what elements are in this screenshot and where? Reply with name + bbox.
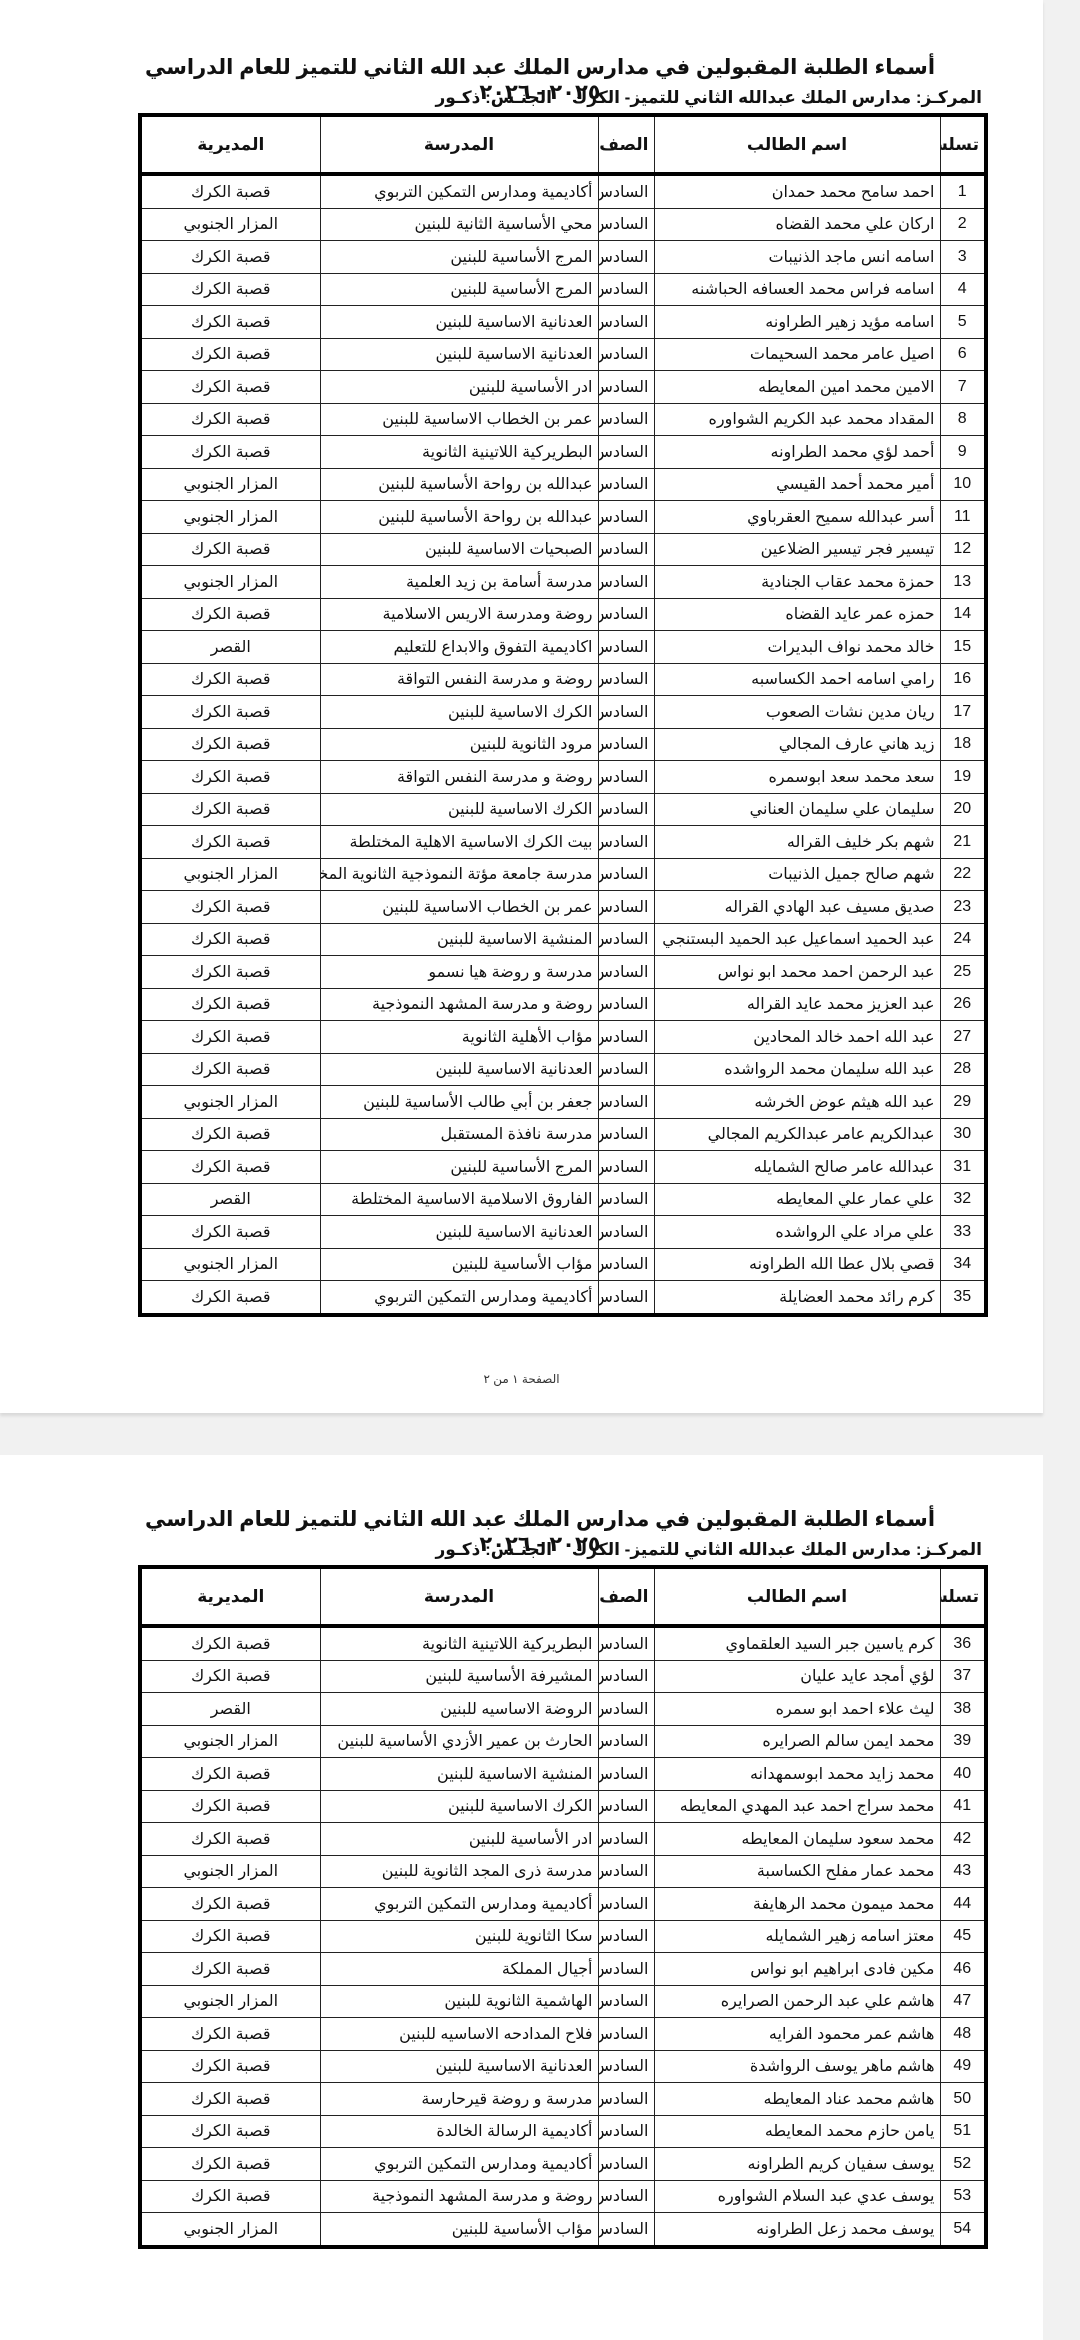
row-directorate: قصبة الكرك [140, 1281, 320, 1315]
row-grade: السادس [598, 566, 654, 599]
table-row: 20سليمان علي سليمان العنانيالسادسالكرك ا… [140, 793, 986, 826]
row-grade: السادس [598, 2083, 654, 2116]
row-grade: السادس [598, 1790, 654, 1823]
table-row: 13حمزة محمد عقاب الجناديةالسادسمدرسة أسا… [140, 566, 986, 599]
col-header-directorate: المديرية [140, 115, 320, 174]
row-seq: 32 [940, 1183, 986, 1216]
row-directorate: المزار الجنوبي [140, 566, 320, 599]
table-row: 16رامي اسامه احمد الكساسبهالسادسروضة و م… [140, 663, 986, 696]
table-row: 41محمد سراج احمد عبد المهدي المعايطهالسا… [140, 1790, 986, 1823]
row-student-name: حمزة محمد عقاب الجنادية [654, 566, 940, 599]
row-grade: السادس [598, 1151, 654, 1184]
row-directorate: المزار الجنوبي [140, 1725, 320, 1758]
row-school: أكاديمية ومدارس التمكين التربوي [320, 174, 598, 208]
row-directorate: قصبة الكرك [140, 273, 320, 306]
row-grade: السادس [598, 663, 654, 696]
row-school: بيت الكرك الاساسية الاهلية المختلطة [320, 826, 598, 859]
row-student-name: هاشم علي عبد الرحمن الصرايره [654, 1985, 940, 2018]
row-student-name: علي مراد علي الرواشده [654, 1216, 940, 1249]
table-row: 17ريان مدين نشات الصعوبالسادسالكرك الاسا… [140, 696, 986, 729]
row-school: أكاديمية ومدارس التمكين التربوي [320, 1888, 598, 1921]
table-row: 23صديق مسيف عبد الهادي القرالهالسادسعمر … [140, 891, 986, 924]
row-student-name: كرم ياسين جبر السيد العلقماوي [654, 1626, 940, 1660]
row-directorate: قصبة الكرك [140, 1021, 320, 1054]
students-table-page-1: تسلسل اسم الطالب الصف المدرسة المديرية 1… [138, 113, 988, 1317]
table-body-page-1: 1احمد سامح محمد حمدانالسادسأكاديمية ومدا… [140, 174, 986, 1315]
row-student-name: يوسف سفيان كريم الطراونه [654, 2148, 940, 2181]
row-student-name: رامي اسامه احمد الكساسبه [654, 663, 940, 696]
row-school: الكرك الاساسية للبنين [320, 1790, 598, 1823]
row-grade: السادس [598, 2148, 654, 2181]
row-student-name: محمد سعود سليمان المعايطه [654, 1823, 940, 1856]
row-seq: 12 [940, 533, 986, 566]
table-row: 33علي مراد علي الرواشدهالسادسالعدنانية ا… [140, 1216, 986, 1249]
row-directorate: قصبة الكرك [140, 306, 320, 339]
row-directorate: قصبة الكرك [140, 1118, 320, 1151]
row-directorate: قصبة الكرك [140, 2018, 320, 2051]
row-directorate: قصبة الكرك [140, 1216, 320, 1249]
row-student-name: اسامه انس ماجد الذنيبات [654, 241, 940, 274]
row-grade: السادس [598, 436, 654, 469]
row-school: العدنانية الاساسية للبنين [320, 2050, 598, 2083]
table-row: 48هاشم عمر محمود الفرايهالسادسفلاح المدا… [140, 2018, 986, 2051]
row-school: محي الأساسية الثانية للبنين [320, 208, 598, 241]
table-row: 19سعد محمد سعد ابوسمرهالسادسروضة و مدرسة… [140, 761, 986, 794]
row-directorate: قصبة الكرك [140, 1920, 320, 1953]
row-grade: السادس [598, 1053, 654, 1086]
row-grade: السادس [598, 2050, 654, 2083]
row-student-name: زيد هاني عارف المجالي [654, 728, 940, 761]
row-grade: السادس [598, 2213, 654, 2247]
row-seq: 17 [940, 696, 986, 729]
row-grade: السادس [598, 468, 654, 501]
row-seq: 21 [940, 826, 986, 859]
row-student-name: أمير محمد أحمد القيسي [654, 468, 940, 501]
row-grade: السادس [598, 1183, 654, 1216]
row-seq: 45 [940, 1920, 986, 1953]
row-grade: السادس [598, 1953, 654, 1986]
row-student-name: سعد محمد سعد ابوسمره [654, 761, 940, 794]
row-grade: السادس [598, 1758, 654, 1791]
row-school: مرود الثانوية للبنين [320, 728, 598, 761]
table-row: 47هاشم علي عبد الرحمن الصرايرهالسادسالها… [140, 1985, 986, 2018]
gender-label: الجنـس: ذكـور [436, 88, 553, 108]
row-seq: 8 [940, 403, 986, 436]
row-school: عمر بن الخطاب الاساسية للبنين [320, 403, 598, 436]
row-directorate: قصبة الكرك [140, 1953, 320, 1986]
row-directorate: قصبة الكرك [140, 2148, 320, 2181]
row-seq: 53 [940, 2180, 986, 2213]
col-header-grade: الصف [598, 1567, 654, 1626]
row-seq: 5 [940, 306, 986, 339]
row-grade: السادس [598, 696, 654, 729]
row-school: مؤاب الأساسية للبنين [320, 1248, 598, 1281]
row-student-name: الامين محمد امين المعايطه [654, 371, 940, 404]
row-school: فلاح المدادحه الاساسيه للبنين [320, 2018, 598, 2051]
row-seq: 28 [940, 1053, 986, 1086]
row-school: أكاديمية الرسالة الخالدة [320, 2115, 598, 2148]
row-grade: السادس [598, 1021, 654, 1054]
row-school: العدنانية الاساسية للبنين [320, 338, 598, 371]
row-grade: السادس [598, 273, 654, 306]
row-directorate: قصبة الكرك [140, 1626, 320, 1660]
row-school: الكرك الاساسية للبنين [320, 793, 598, 826]
row-school: المرج الأساسية للبنين [320, 241, 598, 274]
row-school: المشيرفة الأساسية للبنين [320, 1660, 598, 1693]
row-grade: السادس [598, 1281, 654, 1315]
row-student-name: عبد الحميد اسماعيل عبد الحميد البستنجي [654, 923, 940, 956]
row-directorate: القصر [140, 1183, 320, 1216]
row-seq: 2 [940, 208, 986, 241]
row-school: الصبحيات الاساسية للبنين [320, 533, 598, 566]
row-school: عبدالله بن رواحة الأساسية للبنين [320, 501, 598, 534]
row-school: المنشية الاساسية للبنين [320, 923, 598, 956]
row-school: مؤاب الأهلية الثانوية [320, 1021, 598, 1054]
row-seq: 50 [940, 2083, 986, 2116]
row-student-name: سليمان علي سليمان العناني [654, 793, 940, 826]
row-seq: 29 [940, 1086, 986, 1119]
table-row: 14حمزه عمر عايد القضاهالسادسروضة ومدرسة … [140, 598, 986, 631]
row-seq: 54 [940, 2213, 986, 2247]
table-row: 12تيسير فجر تيسير الضلاعينالسادسالصبحيات… [140, 533, 986, 566]
row-student-name: عبد الرحمن احمد محمد ابو نواس [654, 956, 940, 989]
row-seq: 39 [940, 1725, 986, 1758]
row-seq: 16 [940, 663, 986, 696]
center-label: المركـز: مدارس الملك عبدالله الثاني للتم… [572, 88, 982, 108]
table-row: 25عبد الرحمن احمد محمد ابو نواسالسادسمدر… [140, 956, 986, 989]
row-seq: 33 [940, 1216, 986, 1249]
table-row: 27عبد الله احمد خالد المحادينالسادسمؤاب … [140, 1021, 986, 1054]
row-school: البطريركية اللاتينية الثانوية [320, 436, 598, 469]
row-grade: السادس [598, 1248, 654, 1281]
row-seq: 20 [940, 793, 986, 826]
row-student-name: يوسف عدي عبد السلام الشواوره [654, 2180, 940, 2213]
row-student-name: محمد سراج احمد عبد المهدي المعايطه [654, 1790, 940, 1823]
table-row: 21شهم بكر خليف القرالهالسادسبيت الكرك ال… [140, 826, 986, 859]
col-header-name: اسم الطالب [654, 1567, 940, 1626]
row-grade: السادس [598, 891, 654, 924]
row-directorate: قصبة الكرك [140, 2050, 320, 2083]
row-student-name: هاشم ماهر يوسف الرواشدة [654, 2050, 940, 2083]
col-header-directorate: المديرية [140, 1567, 320, 1626]
row-directorate: قصبة الكرك [140, 403, 320, 436]
row-school: عمر بن الخطاب الاساسية للبنين [320, 891, 598, 924]
table-row: 50هاشم محمد عناد المعايطهالسادسمدرسة و ر… [140, 2083, 986, 2116]
row-directorate: قصبة الكرك [140, 761, 320, 794]
row-directorate: قصبة الكرك [140, 1888, 320, 1921]
row-grade: السادس [598, 1118, 654, 1151]
row-seq: 36 [940, 1626, 986, 1660]
row-school: عبدالله بن رواحة الأساسية للبنين [320, 468, 598, 501]
table-row: 53يوسف عدي عبد السلام الشواورهالسادسروضة… [140, 2180, 986, 2213]
row-grade: السادس [598, 1985, 654, 2018]
row-school: الكرك الاساسية للبنين [320, 696, 598, 729]
row-student-name: علي عمار علي المعايطه [654, 1183, 940, 1216]
table-row: 28عبد الله سليمان محمد الرواشدهالسادسالع… [140, 1053, 986, 1086]
row-grade: السادس [598, 1693, 654, 1726]
row-seq: 27 [940, 1021, 986, 1054]
table-row: 45معتز اسامه زهير الشمايلهالسادسسكا الثا… [140, 1920, 986, 1953]
table-row: 46مكين فادى ابراهيم ابو نواسالسادسأجيال … [140, 1953, 986, 1986]
row-seq: 22 [940, 858, 986, 891]
table-row: 32علي عمار علي المعايطهالسادسالفاروق الا… [140, 1183, 986, 1216]
row-student-name: ليث علاء احمد ابو سمره [654, 1693, 940, 1726]
row-seq: 38 [940, 1693, 986, 1726]
table-row: 9أحمد لؤي محمد الطراونهالسادسالبطريركية … [140, 436, 986, 469]
row-directorate: قصبة الكرك [140, 174, 320, 208]
row-grade: السادس [598, 956, 654, 989]
row-seq: 10 [940, 468, 986, 501]
row-grade: السادس [598, 598, 654, 631]
row-student-name: صديق مسيف عبد الهادي القراله [654, 891, 940, 924]
row-seq: 15 [940, 631, 986, 664]
row-grade: السادس [598, 533, 654, 566]
table-row: 3اسامه انس ماجد الذنيباتالسادسالمرج الأس… [140, 241, 986, 274]
row-school: سكا الثانوية للبنين [320, 1920, 598, 1953]
table-row: 37لؤي أمجد عايد عليانالسادسالمشيرفة الأس… [140, 1660, 986, 1693]
row-student-name: محمد عمار مفلح الكساسبة [654, 1855, 940, 1888]
table-row: 34قصي بلال عطا الله الطراونهالسادسمؤاب ا… [140, 1248, 986, 1281]
row-grade: السادس [598, 174, 654, 208]
row-directorate: قصبة الكرك [140, 241, 320, 274]
row-grade: السادس [598, 501, 654, 534]
row-seq: 24 [940, 923, 986, 956]
row-seq: 23 [940, 891, 986, 924]
table-row: 24عبد الحميد اسماعيل عبد الحميد البستنجي… [140, 923, 986, 956]
row-school: المنشية الاساسية للبنين [320, 1758, 598, 1791]
row-grade: السادس [598, 1626, 654, 1660]
row-seq: 4 [940, 273, 986, 306]
row-directorate: قصبة الكرك [140, 793, 320, 826]
row-seq: 14 [940, 598, 986, 631]
row-directorate: المزار الجنوبي [140, 1248, 320, 1281]
row-school: روضة و مدرسة النفس التواقة [320, 761, 598, 794]
table-header-row: تسلسل اسم الطالب الصف المدرسة المديرية [140, 1567, 986, 1626]
table-row: 6اصيل عامر محمد السحيماتالسادسالعدنانية … [140, 338, 986, 371]
row-directorate: قصبة الكرك [140, 338, 320, 371]
row-school: الروضة الاساسيه للبنين [320, 1693, 598, 1726]
table-row: 49هاشم ماهر يوسف الرواشدةالسادسالعدنانية… [140, 2050, 986, 2083]
row-school: المرج الأساسية للبنين [320, 273, 598, 306]
row-student-name: هاشم عمر محمود الفرايه [654, 2018, 940, 2051]
row-directorate: المزار الجنوبي [140, 468, 320, 501]
row-directorate: قصبة الكرك [140, 728, 320, 761]
row-seq: 7 [940, 371, 986, 404]
row-directorate: قصبة الكرك [140, 826, 320, 859]
row-seq: 42 [940, 1823, 986, 1856]
row-directorate: قصبة الكرك [140, 1053, 320, 1086]
row-school: مدرسة جامعة مؤتة النموذجية الثانوية المخ… [320, 858, 598, 891]
row-directorate: المزار الجنوبي [140, 2213, 320, 2247]
col-header-school: المدرسة [320, 115, 598, 174]
row-seq: 37 [940, 1660, 986, 1693]
table-row: 15خالد محمد نواف البديراتالسادساكاديمية … [140, 631, 986, 664]
row-seq: 11 [940, 501, 986, 534]
row-grade: السادس [598, 2115, 654, 2148]
table-row: 35كرم رائد محمد العضايلةالسادسأكاديمية و… [140, 1281, 986, 1315]
row-seq: 31 [940, 1151, 986, 1184]
row-seq: 44 [940, 1888, 986, 1921]
row-directorate: المزار الجنوبي [140, 501, 320, 534]
row-directorate: قصبة الكرك [140, 533, 320, 566]
table-row: 54يوسف محمد زعل الطراونهالسادسمؤاب الأسا… [140, 2213, 986, 2247]
table-row: 36كرم ياسين جبر السيد العلقماويالسادسالب… [140, 1626, 986, 1660]
row-school: المرج الأساسية للبنين [320, 1151, 598, 1184]
row-directorate: قصبة الكرك [140, 1790, 320, 1823]
table-row: 18زيد هاني عارف المجاليالسادسمرود الثانو… [140, 728, 986, 761]
row-directorate: قصبة الكرك [140, 891, 320, 924]
row-directorate: المزار الجنوبي [140, 208, 320, 241]
row-seq: 30 [940, 1118, 986, 1151]
row-grade: السادس [598, 1725, 654, 1758]
row-student-name: المقداد محمد عبد الكريم الشواوره [654, 403, 940, 436]
document-page-2: أسماء الطلبة المقبولين في مدارس الملك عب… [0, 1455, 1043, 2340]
row-directorate: المزار الجنوبي [140, 1086, 320, 1119]
row-grade: السادس [598, 1216, 654, 1249]
row-student-name: تيسير فجر تيسير الضلاعين [654, 533, 940, 566]
table-row: 38ليث علاء احمد ابو سمرهالسادسالروضة الا… [140, 1693, 986, 1726]
row-seq: 25 [940, 956, 986, 989]
row-seq: 9 [940, 436, 986, 469]
table-row: 29عبد الله هيثم عوض الخرشهالسادسجعفر بن … [140, 1086, 986, 1119]
row-student-name: حمزه عمر عايد القضاه [654, 598, 940, 631]
table-row: 30عبدالكريم عامر عبدالكريم المجاليالسادس… [140, 1118, 986, 1151]
row-student-name: عبدالكريم عامر عبدالكريم المجالي [654, 1118, 940, 1151]
document-meta: المركـز: مدارس الملك عبدالله الثاني للتم… [140, 88, 982, 112]
table-body-page-2: 36كرم ياسين جبر السيد العلقماويالسادسالب… [140, 1626, 986, 2247]
table-row: 42محمد سعود سليمان المعايطهالسادسادر الأ… [140, 1823, 986, 1856]
row-student-name: أسر عبدالله سميح العقرباوي [654, 501, 940, 534]
row-grade: السادس [598, 1920, 654, 1953]
page-number-footer: الصفحة ١ من ٢ [0, 1372, 1043, 1386]
row-seq: 13 [940, 566, 986, 599]
table-row: 39محمد ايمن سالم الصرايرهالسادسالحارث بن… [140, 1725, 986, 1758]
table-row: 22شهم صالح جميل الذنيباتالسادسمدرسة جامع… [140, 858, 986, 891]
col-header-seq: تسلسل [940, 115, 986, 174]
row-directorate: المزار الجنوبي [140, 1985, 320, 2018]
row-student-name: قصي بلال عطا الله الطراونه [654, 1248, 940, 1281]
row-student-name: معتز اسامه زهير الشمايله [654, 1920, 940, 1953]
col-header-name: اسم الطالب [654, 115, 940, 174]
table-row: 26عبد العزيز محمد عايد القرالهالسادسروضة… [140, 988, 986, 1021]
row-student-name: اسامه مؤيد زهير الطراونه [654, 306, 940, 339]
row-student-name: اصيل عامر محمد السحيمات [654, 338, 940, 371]
row-school: روضة و مدرسة المشهد النموذجية [320, 988, 598, 1021]
row-seq: 41 [940, 1790, 986, 1823]
row-grade: السادس [598, 2180, 654, 2213]
row-student-name: عبد الله سليمان محمد الرواشده [654, 1053, 940, 1086]
row-seq: 35 [940, 1281, 986, 1315]
row-directorate: قصبة الكرك [140, 2115, 320, 2148]
table-row: 31عبدالله عامر صالح الشمايلهالسادسالمرج … [140, 1151, 986, 1184]
row-grade: السادس [598, 1855, 654, 1888]
row-student-name: شهم صالح جميل الذنيبات [654, 858, 940, 891]
col-header-grade: الصف [598, 115, 654, 174]
row-seq: 3 [940, 241, 986, 274]
row-student-name: اركان علي محمد القضاه [654, 208, 940, 241]
row-school: روضة و مدرسة النفس التواقة [320, 663, 598, 696]
row-student-name: محمد ايمن سالم الصرايره [654, 1725, 940, 1758]
row-student-name: يامن حازم محمد المعايطه [654, 2115, 940, 2148]
document-page-1: أسماء الطلبة المقبولين في مدارس الملك عب… [0, 0, 1043, 1413]
row-student-name: أحمد لؤي محمد الطراونه [654, 436, 940, 469]
row-directorate: قصبة الكرك [140, 598, 320, 631]
row-school: الفاروق الاسلامية الاساسية المختلطة [320, 1183, 598, 1216]
row-school: روضة و مدرسة المشهد النموذجية [320, 2180, 598, 2213]
row-seq: 1 [940, 174, 986, 208]
row-school: اكاديمية التفوق والابداع للتعليم [320, 631, 598, 664]
row-student-name: احمد سامح محمد حمدان [654, 174, 940, 208]
row-school: الحارث بن عمير الأزدي الأساسية للبنين [320, 1725, 598, 1758]
row-directorate: قصبة الكرك [140, 988, 320, 1021]
table-row: 4اسامه فراس محمد العسافه الحباشنهالسادسا… [140, 273, 986, 306]
row-school: أجيال المملكة [320, 1953, 598, 1986]
row-grade: السادس [598, 858, 654, 891]
row-school: ادر الأساسية للبنين [320, 1823, 598, 1856]
table-row: 40محمد زايد محمد ابوسمهدانهالسادسالمنشية… [140, 1758, 986, 1791]
row-directorate: قصبة الكرك [140, 2180, 320, 2213]
col-header-school: المدرسة [320, 1567, 598, 1626]
row-grade: السادس [598, 988, 654, 1021]
row-school: مدرسة و روضة قيرحارسة [320, 2083, 598, 2116]
row-student-name: محمد زايد محمد ابوسمهدانه [654, 1758, 940, 1791]
row-student-name: ريان مدين نشات الصعوب [654, 696, 940, 729]
row-seq: 48 [940, 2018, 986, 2051]
row-school: روضة ومدرسة الاريس الاسلامية [320, 598, 598, 631]
students-table-page-2: تسلسل اسم الطالب الصف المدرسة المديرية 3… [138, 1565, 988, 2249]
row-student-name: محمد ميمون محمد الرهايفة [654, 1888, 940, 1921]
row-grade: السادس [598, 2018, 654, 2051]
row-grade: السادس [598, 1660, 654, 1693]
table-row: 7الامين محمد امين المعايطهالسادسادر الأس… [140, 371, 986, 404]
col-header-seq: تسلسل [940, 1567, 986, 1626]
row-directorate: قصبة الكرك [140, 1823, 320, 1856]
row-grade: السادس [598, 1086, 654, 1119]
row-seq: 43 [940, 1855, 986, 1888]
table-row: 10أمير محمد أحمد القيسيالسادسعبدالله بن … [140, 468, 986, 501]
row-student-name: كرم رائد محمد العضايلة [654, 1281, 940, 1315]
gender-label: الجنـس: ذكـور [436, 1540, 553, 1560]
table-row: 1احمد سامح محمد حمدانالسادسأكاديمية ومدا… [140, 174, 986, 208]
row-school: مدرسة نافذة المستقبل [320, 1118, 598, 1151]
row-grade: السادس [598, 923, 654, 956]
row-school: البطريركية اللاتينية الثانوية [320, 1626, 598, 1660]
table-row: 51يامن حازم محمد المعايطهالسادسأكاديمية … [140, 2115, 986, 2148]
row-seq: 26 [940, 988, 986, 1021]
row-directorate: قصبة الكرك [140, 2083, 320, 2116]
row-directorate: القصر [140, 631, 320, 664]
row-school: مدرسة ذرى المجد الثانوية للبنين [320, 1855, 598, 1888]
row-seq: 34 [940, 1248, 986, 1281]
center-label: المركـز: مدارس الملك عبدالله الثاني للتم… [572, 1540, 982, 1560]
row-directorate: قصبة الكرك [140, 956, 320, 989]
row-seq: 40 [940, 1758, 986, 1791]
row-school: أكاديمية ومدارس التمكين التربوي [320, 2148, 598, 2181]
row-directorate: قصبة الكرك [140, 1151, 320, 1184]
table-row: 52يوسف سفيان كريم الطراونهالسادسأكاديمية… [140, 2148, 986, 2181]
row-seq: 6 [940, 338, 986, 371]
row-school: مدرسة و روضة هيا نسمو [320, 956, 598, 989]
row-student-name: خالد محمد نواف البديرات [654, 631, 940, 664]
row-student-name: عبدالله عامر صالح الشمايله [654, 1151, 940, 1184]
row-school: ادر الأساسية للبنين [320, 371, 598, 404]
row-directorate: المزار الجنوبي [140, 1855, 320, 1888]
row-grade: السادس [598, 631, 654, 664]
row-grade: السادس [598, 728, 654, 761]
row-student-name: شهم بكر خليف القراله [654, 826, 940, 859]
table-header-row: تسلسل اسم الطالب الصف المدرسة المديرية [140, 115, 986, 174]
row-school: الهاشمية الثانوية للبنين [320, 1985, 598, 2018]
